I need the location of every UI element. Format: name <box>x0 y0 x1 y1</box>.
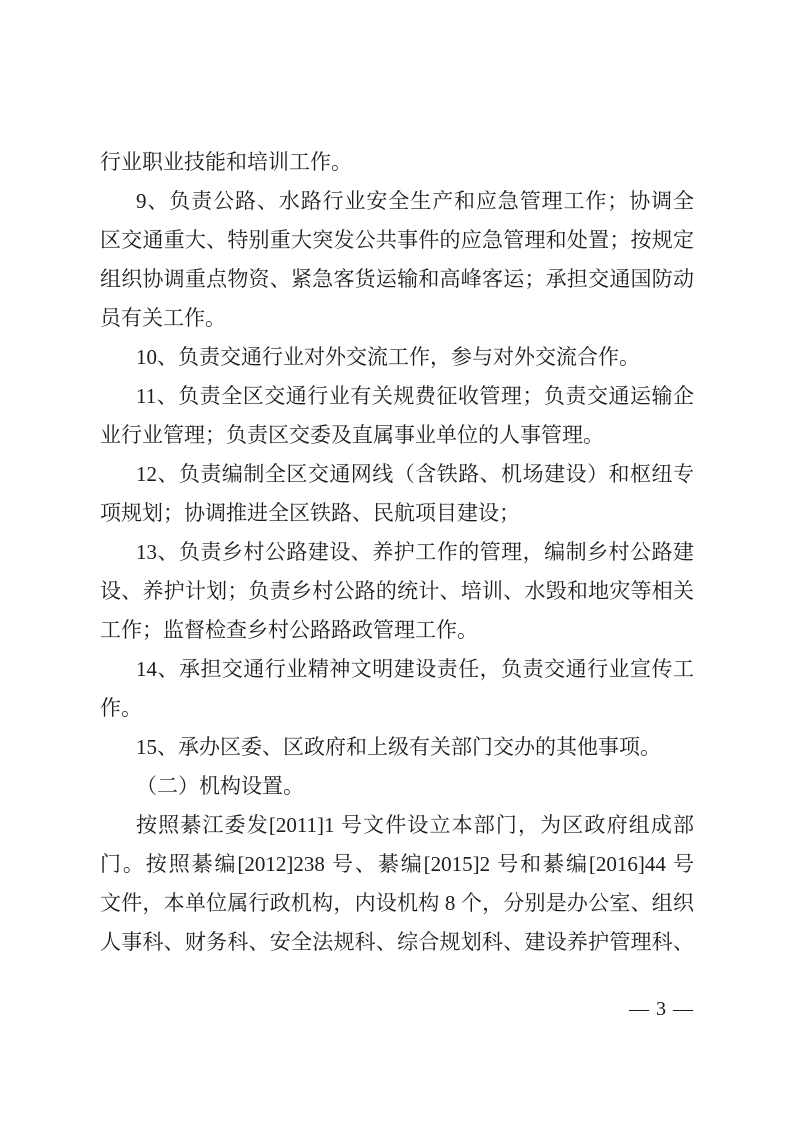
text-line: 作。 <box>100 689 694 728</box>
text-line: 15、承办区委、区政府和上级有关部门交办的其他事项。 <box>100 728 694 767</box>
text-line: 文件，本单位属行政机构，内设机构 8 个，分别是办公室、组织 <box>100 884 694 923</box>
text-line: 业行业管理；负责区交委及直属事业单位的人事管理。 <box>100 416 694 455</box>
text-line: 人事科、财务科、安全法规科、综合规划科、建设养护管理科、 <box>100 923 694 962</box>
text-line: 门。按照綦编[2012]238 号、綦编[2015]2 号和綦编[2016]44… <box>100 845 694 884</box>
text-line: 组织协调重点物资、紧急客货运输和高峰客运；承担交通国防动 <box>100 260 694 299</box>
text-line: 14、承担交通行业精神文明建设责任，负责交通行业宣传工 <box>100 650 694 689</box>
document-page: 行业职业技能和培训工作。9、负责公路、水路行业安全生产和应急管理工作；协调全区交… <box>0 0 793 1122</box>
text-line: 12、负责编制全区交通网线（含铁路、机场建设）和枢纽专 <box>100 455 694 494</box>
text-line: 员有关工作。 <box>100 299 694 338</box>
text-line: 设、养护计划；负责乡村公路的统计、培训、水毁和地灾等相关 <box>100 572 694 611</box>
page-number: — 3 — <box>629 998 694 1021</box>
text-line: 10、负责交通行业对外交流工作，参与对外交流合作。 <box>100 338 694 377</box>
text-line: 9、负责公路、水路行业安全生产和应急管理工作；协调全 <box>100 182 694 221</box>
text-line: 13、负责乡村公路建设、养护工作的管理，编制乡村公路建 <box>100 533 694 572</box>
text-line: 项规划；协调推进全区铁路、民航项目建设； <box>100 494 694 533</box>
text-line: （二）机构设置。 <box>100 767 694 806</box>
text-line: 行业职业技能和培训工作。 <box>100 143 694 182</box>
text-line: 工作；监督检查乡村公路路政管理工作。 <box>100 611 694 650</box>
text-line: 区交通重大、特别重大突发公共事件的应急管理和处置；按规定 <box>100 221 694 260</box>
text-line: 按照綦江委发[2011]1 号文件设立本部门，为区政府组成部 <box>100 806 694 845</box>
document-body: 行业职业技能和培训工作。9、负责公路、水路行业安全生产和应急管理工作；协调全区交… <box>100 143 694 962</box>
text-line: 11、负责全区交通行业有关规费征收管理；负责交通运输企 <box>100 377 694 416</box>
